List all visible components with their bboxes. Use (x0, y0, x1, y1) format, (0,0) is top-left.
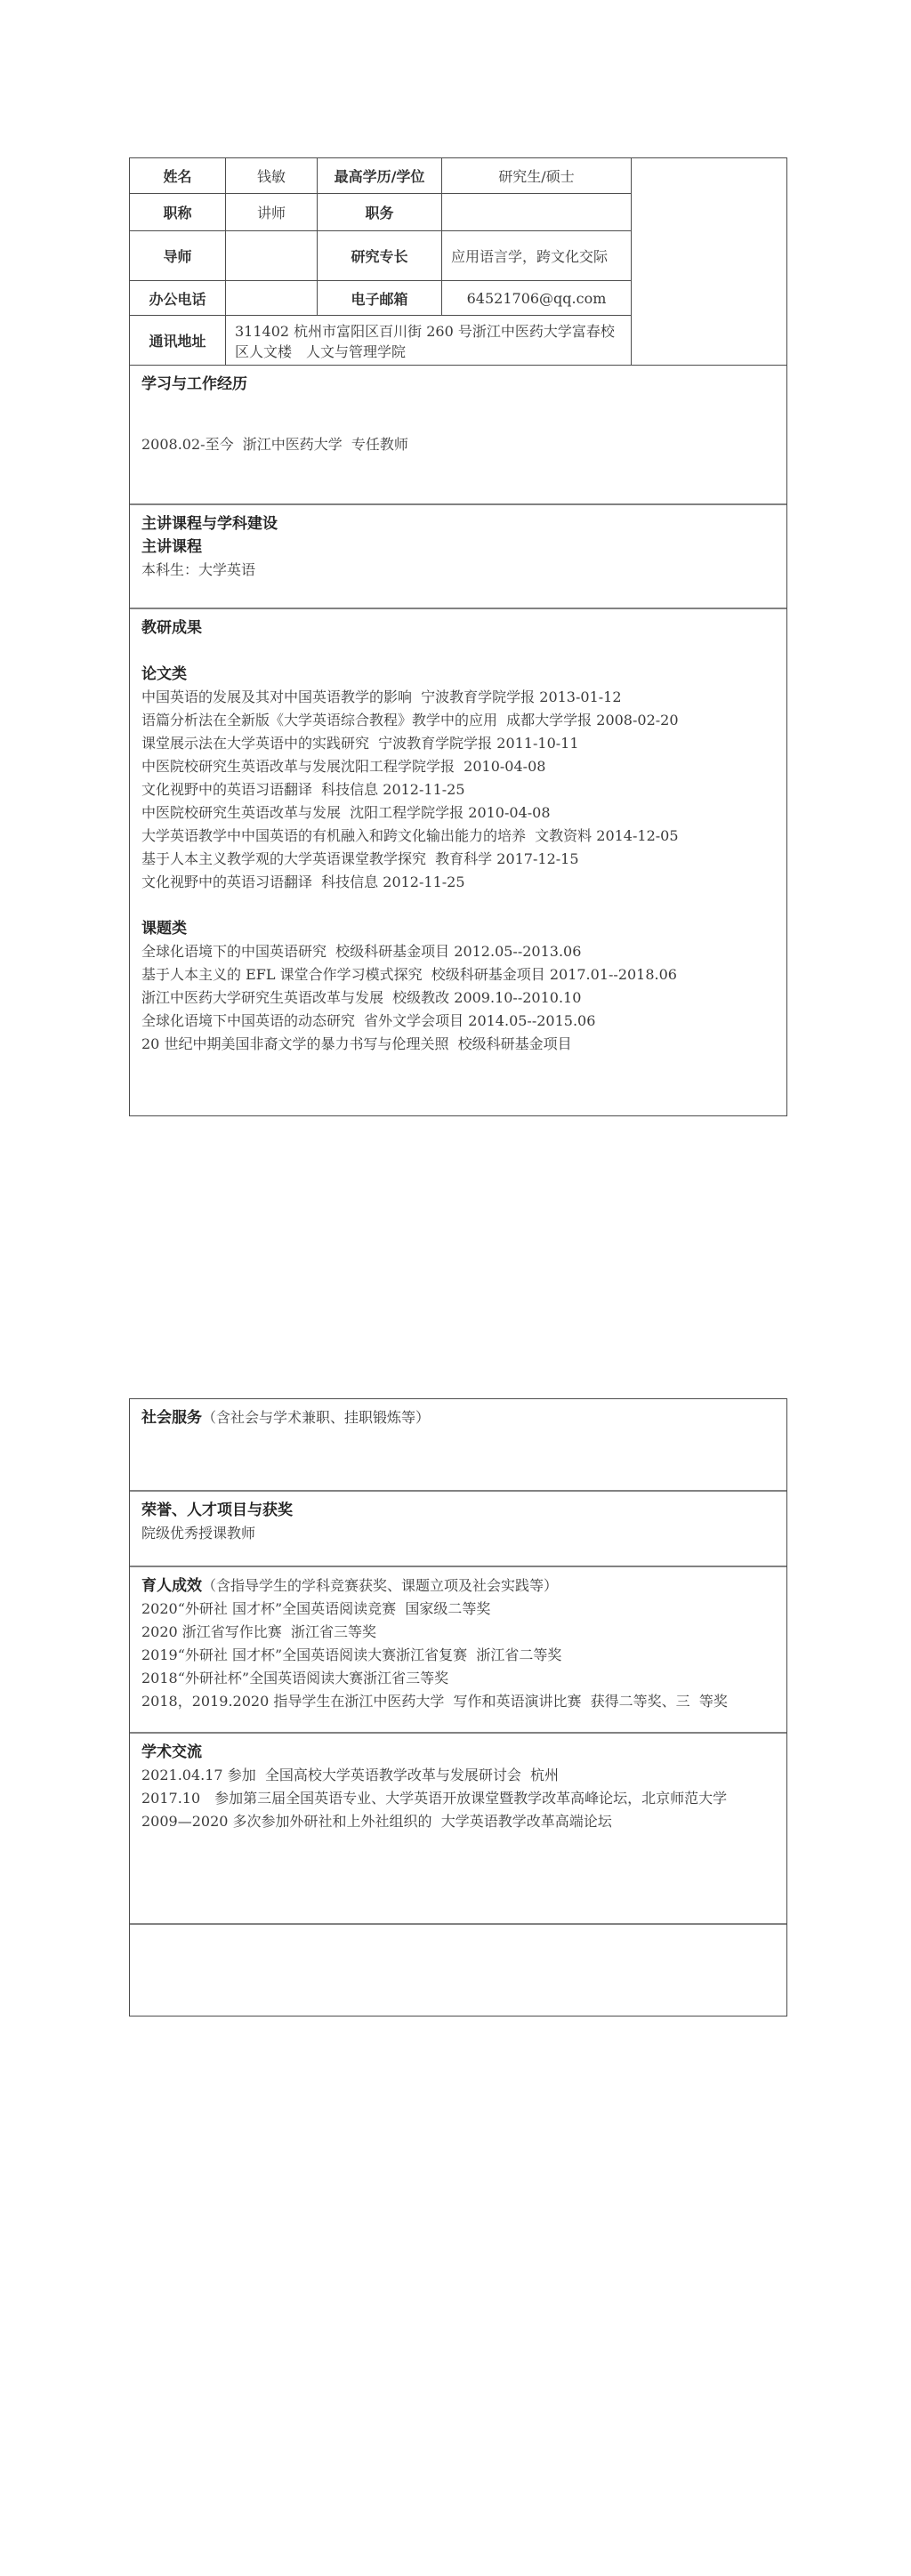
basic-info-table: 姓名 钱敏 最高学历/学位 研究生/硕士 职称 讲师 职务 导师 研究专长 应用… (130, 158, 786, 366)
section-mentoring: 育人成效（含指导学生的学科竞赛获奖、课题立项及社会实践等） 2020“外研社 国… (130, 1567, 786, 1734)
exchange-item: 2021.04.17 参加 全国高校大学英语教学改革与发展研讨会 杭州 (141, 1764, 775, 1787)
profile-block: 姓名 钱敏 最高学历/学位 研究生/硕士 职称 讲师 职务 导师 研究专长 应用… (129, 157, 787, 1116)
projects-title: 课题类 (141, 917, 775, 940)
section-social-title: 社会服务（含社会与学术兼职、挂职锻炼等） (141, 1406, 775, 1429)
name-value: 钱敏 (226, 158, 318, 194)
mentor-value (226, 231, 318, 281)
paper-item: 中医院校研究生英语改革与发展 沈阳工程学院学报 2010-04-08 (141, 801, 775, 825)
email-label: 电子邮箱 (318, 281, 442, 316)
resume-document: { "info_table": { "rows": [ {"label1":"姓… (0, 0, 911, 2576)
mentoring-item: 2018，2019.2020 指导学生在浙江中医药大学 写作和英语演讲比赛 获得… (141, 1690, 775, 1713)
project-item: 基于人本主义的 EFL 课堂合作学习模式探究 校级科研基金项目 2017.01-… (141, 963, 775, 986)
courses-line: 本科生：大学英语 (141, 559, 775, 582)
section-courses: 主讲课程与学科建设 主讲课程 本科生：大学英语 (130, 505, 786, 609)
position-value (442, 194, 632, 231)
paper-item: 课堂展示法在大学英语中的实践研究 宁波教育学院学报 2011-10-11 (141, 732, 775, 755)
section-honors: 荣誉、人才项目与获奖 院级优秀授课教师 (130, 1492, 786, 1567)
title-label: 职称 (130, 194, 226, 231)
photo-cell (632, 158, 786, 365)
address-value: 311402 杭州市富阳区百川街 260 号浙江中医药大学富春校区人文楼 人文与… (226, 316, 632, 365)
exchange-item: 2009—2020 多次参加外研社和上外社组织的 大学英语教学改革高端论坛 (141, 1810, 775, 1833)
address-label: 通讯地址 (130, 316, 226, 365)
section-research-title: 教研成果 (141, 616, 775, 640)
experience-line: 2008.02-至今 浙江中医药大学 专任教师 (141, 433, 775, 456)
section-honors-title: 荣誉、人才项目与获奖 (141, 1499, 775, 1522)
honor-item: 院级优秀授课教师 (141, 1522, 775, 1545)
mentoring-item: 2020 浙江省写作比赛 浙江省三等奖 (141, 1621, 775, 1644)
section-courses-title: 主讲课程与学科建设 (141, 512, 775, 535)
office-phone-value (226, 281, 318, 316)
papers-title: 论文类 (141, 663, 775, 686)
project-item: 全球化语境下的中国英语研究 校级科研基金项目 2012.05--2013.06 (141, 940, 775, 963)
paper-item: 文化视野中的英语习语翻译 科技信息 2012-11-25 (141, 778, 775, 801)
title-value: 讲师 (226, 194, 318, 231)
project-item: 浙江中医药大学研究生英语改革与发展 校级教改 2009.10--2010.10 (141, 986, 775, 1010)
position-label: 职务 (318, 194, 442, 231)
mentoring-item: 2019“外研社 国才杯”全国英语阅读大赛浙江省复赛 浙江省二等奖 (141, 1644, 775, 1667)
paper-item: 语篇分析法在全新版《大学英语综合教程》教学中的应用 成都大学学报 2008-02… (141, 709, 775, 732)
mentoring-title-note: （含指导学生的学科竞赛获奖、课题立项及社会实践等） (202, 1577, 558, 1594)
mentoring-item: 2020“外研社 国才杯”全国英语阅读竞赛 国家级二等奖 (141, 1598, 775, 1621)
project-item: 20 世纪中期美国非裔文学的暴力书写与伦理关照 校级科研基金项目 (141, 1033, 775, 1056)
section-experience: 学习与工作经历 2008.02-至今 浙江中医药大学 专任教师 (130, 366, 786, 505)
section-experience-title: 学习与工作经历 (141, 373, 775, 396)
paper-item: 文化视野中的英语习语翻译 科技信息 2012-11-25 (141, 871, 775, 894)
section-mentoring-title: 育人成效（含指导学生的学科竞赛获奖、课题立项及社会实践等） (141, 1574, 775, 1598)
specialty-value: 应用语言学，跨文化交际 (442, 231, 632, 281)
section-social-service: 社会服务（含社会与学术兼职、挂职锻炼等） (130, 1399, 786, 1492)
paper-item: 大学英语教学中中国英语的有机融入和跨文化输出能力的培养 文教资料 2014-12… (141, 825, 775, 848)
service-block: 社会服务（含社会与学术兼职、挂职锻炼等） 荣誉、人才项目与获奖 院级优秀授课教师… (129, 1398, 787, 2017)
email-value: 64521706@qq.com (442, 281, 632, 316)
section-academic-title: 学术交流 (141, 1741, 775, 1764)
name-label: 姓名 (130, 158, 226, 194)
mentoring-item: 2018“外研社杯”全国英语阅读大赛浙江省三等奖 (141, 1667, 775, 1690)
specialty-label: 研究专长 (318, 231, 442, 281)
office-phone-label: 办公电话 (130, 281, 226, 316)
paper-item: 中国英语的发展及其对中国英语教学的影响 宁波教育学院学报 2013-01-12 (141, 686, 775, 709)
mentor-label: 导师 (130, 231, 226, 281)
exchange-item: 2017.10 参加第三届全国英语专业、大学英语开放课堂暨教学改革高峰论坛，北京… (141, 1787, 775, 1810)
courses-subtitle: 主讲课程 (141, 535, 775, 559)
project-item: 全球化语境下中国英语的动态研究 省外文学会项目 2014.05--2015.06 (141, 1010, 775, 1033)
degree-label: 最高学历/学位 (318, 158, 442, 194)
degree-value: 研究生/硕士 (442, 158, 632, 194)
section-academic-exchange: 学术交流 2021.04.17 参加 全国高校大学英语教学改革与发展研讨会 杭州… (130, 1734, 786, 1925)
paper-item: 基于人本主义教学观的大学英语课堂教学探究 教育科学 2017-12-15 (141, 848, 775, 871)
section-research: 教研成果 论文类 中国英语的发展及其对中国英语教学的影响 宁波教育学院学报 20… (130, 609, 786, 1116)
paper-item: 中医院校研究生英语改革与发展沈阳工程学院学报 2010-04-08 (141, 755, 775, 778)
empty-section (130, 1925, 786, 2014)
social-title-note: （含社会与学术兼职、挂职锻炼等） (202, 1409, 430, 1426)
